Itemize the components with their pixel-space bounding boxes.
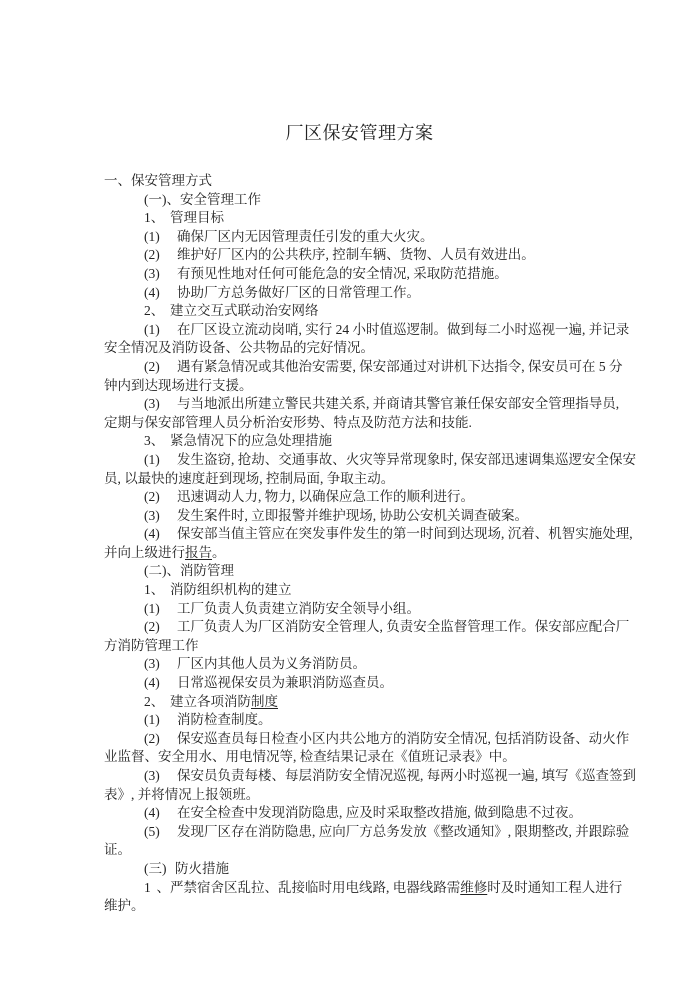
text-run: 确保厂区内无因管理责任引发的重大火灾。 [177,229,434,244]
text-line: 钟内到达现场进行支援。 [104,377,615,396]
text-run: 定期与保安部管理人员分析治安形势、特点及防范方法和技能. [104,415,472,430]
text-line: (2)遇有紧急情况或其他治安需要, 保安部通过对讲机下达指令, 保安员可在 5 … [104,358,615,377]
list-number: (三) [144,860,175,879]
text-line: 证。 [104,841,615,860]
text-line: 方消防管理工作 [104,637,615,656]
text-run: 建立交互式联动治安网络 [170,303,319,318]
text-run: 保安部当值主管应在突发事件发生的第一时间到达现场, 沉着、机智实施处理, [177,526,633,541]
text-run: 日常巡视保安员为兼职消防巡查员。 [177,675,393,690]
text-line: 1、管理目标 [104,209,615,228]
text-run: 消防组织机构的建立 [170,582,292,597]
text-run: 与当地派出所建立警民共建关系, 并商请其警官兼任保安部安全管理指导员, [177,396,619,411]
text-line: (4)协助厂方总务做好厂区的日常管理工作。 [104,284,615,303]
text-run: 维护好厂区内的公共秩序, 控制车辆、货物、人员有效进出。 [177,247,535,262]
text-line: 3、紧急情况下的应急处理措施 [104,432,615,451]
text-run: 防火措施 [175,861,229,876]
text-line: (一)、安全管理工作 [104,191,615,210]
text-line: (1)工厂负责人负责建立消防安全领导小组。 [104,600,615,619]
text-run: 发现厂区存在消防隐患, 应向厂方总务发放《整改通知》, 限期整改, 并跟踪验 [177,824,629,839]
list-number: (2) [144,488,177,507]
list-number: 1、 [144,879,170,898]
list-number: (1) [144,600,177,619]
text-run: 安全情况及消防设备、公共物品的完好情况。 [104,340,374,355]
text-run: (一)、安全管理工作 [144,192,261,207]
list-number: (2) [144,246,177,265]
document-body: 一、保安管理方式(一)、安全管理工作1、管理目标(1)确保厂区内无因管理责任引发… [104,172,615,916]
list-number: (4) [144,804,177,823]
text-run: 证。 [104,842,131,857]
list-number: (4) [144,525,177,544]
text-line: 1、消防组织机构的建立 [104,581,615,600]
text-run: 协助厂方总务做好厂区的日常管理工作。 [177,285,420,300]
list-number: (1) [144,451,177,470]
list-number: (3) [144,507,177,526]
text-run: 在厂区设立流动岗哨, 实行 24 小时值巡逻制。做到每二小时巡视一遍, 并记录 [177,322,629,337]
list-number: (1) [144,321,177,340]
text-run: 一、保安管理方式 [104,173,212,188]
text-run: 发生盗窃, 抢劫、交通事故、火灾等异常现象时, 保安部迅速调集巡逻安全保安 [177,452,636,467]
text-line: (三)防火措施 [104,860,615,879]
list-number: (2) [144,618,177,637]
list-number: (3) [144,265,177,284]
list-number: 1、 [144,581,170,600]
underlined-text: 维修 [460,880,487,895]
text-run: 有预见性地对任何可能危急的安全情况, 采取防范措施。 [177,266,508,281]
text-run: 时及时通知工程人进行 [487,880,622,895]
text-line: (1)在厂区设立流动岗哨, 实行 24 小时值巡逻制。做到每二小时巡视一遍, 并… [104,321,615,340]
text-run: 消防检查制度。 [177,712,272,727]
text-run: 员, 以最快的速度赶到现场, 控制局面, 争取主动。 [104,471,394,486]
document-title: 厂区保安管理方案 [104,121,615,145]
list-number: 3、 [144,432,170,451]
text-line: (4)保安部当值主管应在突发事件发生的第一时间到达现场, 沉着、机智实施处理, [104,525,615,544]
list-number: (3) [144,395,177,414]
text-run: 工厂负责人负责建立消防安全领导小组。 [177,601,420,616]
text-line: (4)在安全检查中发现消防隐患, 应及时采取整改措施, 做到隐患不过夜。 [104,804,615,823]
text-line: (2)保安巡查员每日检查小区内共公地方的消防安全情况, 包括消防设备、动火作 [104,730,615,749]
list-number: (4) [144,674,177,693]
text-run: 业监督、安全用水、用电情况等, 检查结果记录在《值班记录表》中。 [104,749,516,764]
text-line: (3)与当地派出所建立警民共建关系, 并商请其警官兼任保安部安全管理指导员, [104,395,615,414]
text-run: 钟内到达现场进行支援。 [104,378,253,393]
text-line: (3)有预见性地对任何可能危急的安全情况, 采取防范措施。 [104,265,615,284]
text-line: 维护。 [104,897,615,916]
text-run: 保安员负责每楼、每层消防安全情况巡视, 每两小时巡视一遍, 填写《巡查签到 [177,768,636,783]
list-number: (2) [144,358,177,377]
text-run: 发生案件时, 立即报警并维护现场, 协助公安机关调查破案。 [177,508,528,523]
underlined-text: 制度 [251,694,278,709]
text-line: (3)厂区内其他人员为义务消防员。 [104,655,615,674]
text-line: 一、保安管理方式 [104,172,615,191]
text-run: 方消防管理工作 [104,638,199,653]
text-run: 迅速调动人力, 物力, 以确保应急工作的顺利进行。 [177,489,474,504]
text-run: 工厂负责人为厂区消防安全管理人, 负责安全监督管理工作。保安部应配合厂 [177,619,629,634]
list-number: (1) [144,228,177,247]
list-number: (5) [144,823,177,842]
text-line: (1)确保厂区内无因管理责任引发的重大火灾。 [104,228,615,247]
text-line: (2)维护好厂区内的公共秩序, 控制车辆、货物、人员有效进出。 [104,246,615,265]
text-line: (二)、消防管理 [104,562,615,581]
list-number: (4) [144,284,177,303]
text-run: 厂区内其他人员为义务消防员。 [177,656,366,671]
list-number: (3) [144,655,177,674]
text-run: 紧急情况下的应急处理措施 [170,433,332,448]
text-run: 表》, 并将情况上报领班。 [104,787,259,802]
underlined-text: 报告 [185,545,212,560]
text-line: 1、严禁宿舍区乱拉、乱接临时用电线路, 电器线路需维修时及时通知工程人进行 [104,879,615,898]
text-line: 并向上级进行报告。 [104,544,615,563]
list-number: (2) [144,730,177,749]
text-line: 员, 以最快的速度赶到现场, 控制局面, 争取主动。 [104,470,615,489]
text-run: 遇有紧急情况或其他治安需要, 保安部通过对讲机下达指令, 保安员可在 5 分 [177,359,623,374]
text-run: 保安巡查员每日检查小区内共公地方的消防安全情况, 包括消防设备、动火作 [177,731,629,746]
text-line: (2)工厂负责人为厂区消防安全管理人, 负责安全监督管理工作。保安部应配合厂 [104,618,615,637]
text-run: 管理目标 [170,210,224,225]
text-line: 定期与保安部管理人员分析治安形势、特点及防范方法和技能. [104,414,615,433]
text-run: 。 [212,545,226,560]
text-run: 维护。 [104,898,145,913]
text-line: 2、建立各项消防制度 [104,693,615,712]
text-run: 在安全检查中发现消防隐患, 应及时采取整改措施, 做到隐患不过夜。 [177,805,582,820]
list-number: 2、 [144,302,170,321]
list-number: (1) [144,711,177,730]
text-line: 安全情况及消防设备、公共物品的完好情况。 [104,339,615,358]
text-run: 严禁宿舍区乱拉、乱接临时用电线路, 电器线路需 [170,880,460,895]
document-page: 厂区保安管理方案 一、保安管理方式(一)、安全管理工作1、管理目标(1)确保厂区… [0,0,700,990]
text-run: 并向上级进行 [104,545,185,560]
text-line: 2、建立交互式联动治安网络 [104,302,615,321]
list-number: 2、 [144,693,170,712]
text-line: (1)发生盗窃, 抢劫、交通事故、火灾等异常现象时, 保安部迅速调集巡逻安全保安 [104,451,615,470]
text-line: (4)日常巡视保安员为兼职消防巡查员。 [104,674,615,693]
text-run: (二)、消防管理 [144,563,234,578]
text-line: (2)迅速调动人力, 物力, 以确保应急工作的顺利进行。 [104,488,615,507]
text-line: (3)发生案件时, 立即报警并维护现场, 协助公安机关调查破案。 [104,507,615,526]
text-line: 表》, 并将情况上报领班。 [104,786,615,805]
list-number: 1、 [144,209,170,228]
text-line: 业监督、安全用水、用电情况等, 检查结果记录在《值班记录表》中。 [104,748,615,767]
text-line: (1)消防检查制度。 [104,711,615,730]
list-number: (3) [144,767,177,786]
text-line: (5)发现厂区存在消防隐患, 应向厂方总务发放《整改通知》, 限期整改, 并跟踪… [104,823,615,842]
text-line: (3)保安员负责每楼、每层消防安全情况巡视, 每两小时巡视一遍, 填写《巡查签到 [104,767,615,786]
text-run: 建立各项消防 [170,694,251,709]
